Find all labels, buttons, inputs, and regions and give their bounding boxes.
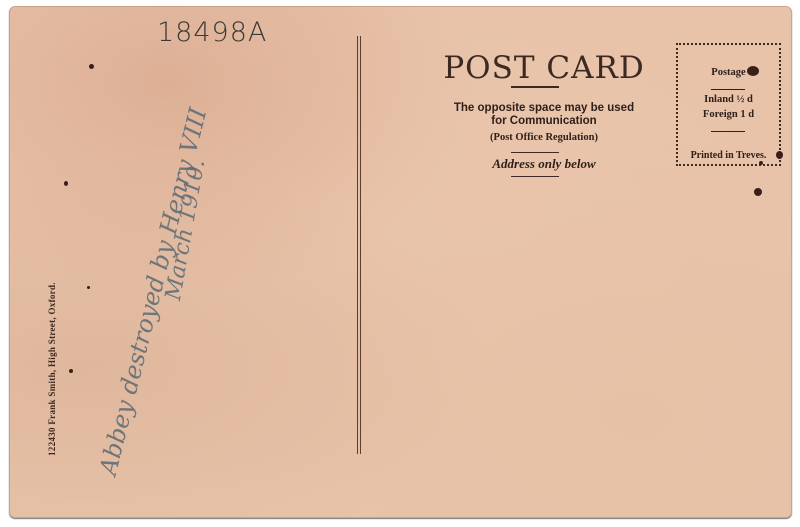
ink-stain [69,369,73,373]
ink-stain [747,66,759,76]
post-office-regulation: (Post Office Regulation) [434,132,654,143]
publisher-imprint: 122430 Frank Smith, High Street, Oxford. [47,216,57,456]
ink-stain [759,161,763,165]
ink-stain [754,188,762,196]
ink-stain [89,64,94,69]
stamp-foreign-rate: Foreign 1 d [678,109,779,120]
ink-stain [776,151,783,159]
stamp-rule-bottom [711,131,745,132]
ink-stain [64,181,68,186]
stamp-rule-top [711,89,745,90]
communication-notice: The opposite space may be used for Commu… [434,102,654,128]
address-rule [511,176,559,177]
stamp-printed-in: Printed in Treves. [678,150,779,161]
title-rule [511,86,559,88]
postcard-title: POST CARD [439,50,649,86]
center-divider-line [357,36,361,454]
handwritten-catalog-number: 18498A [157,17,267,48]
address-only-below: Address only below [434,156,654,172]
stamp-box: Postage Inland ½ d Foreign 1 d Printed i… [676,43,781,166]
regulation-rule [511,152,559,153]
stamp-inland-rate: Inland ½ d [678,94,779,105]
communication-line-2: for Communication [434,115,654,128]
ink-stain [87,286,90,289]
communication-line-1: The opposite space may be used [434,102,654,115]
stamp-postage-label: Postage [678,67,779,78]
postcard-back: 18498A POST CARD The opposite space may … [9,6,792,518]
